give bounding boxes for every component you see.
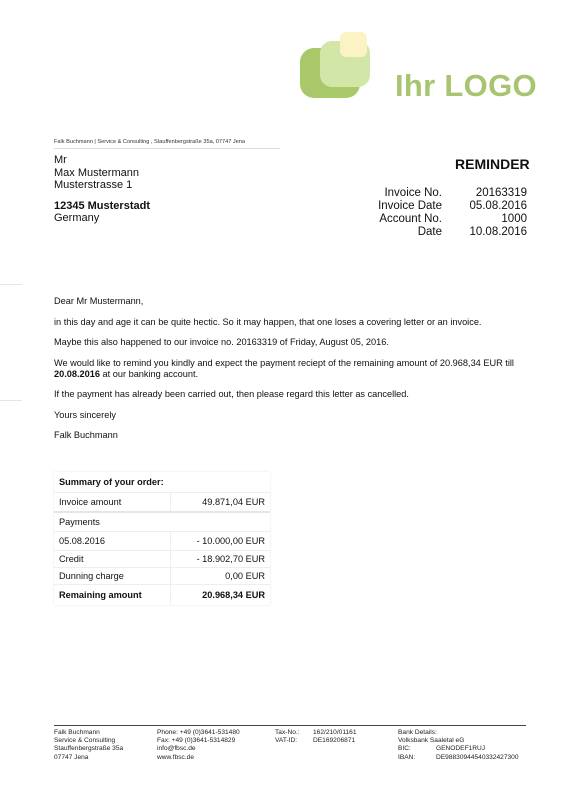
footer-text: 07747 Jena <box>54 754 123 762</box>
meta-row: Invoice Date 05.08.2016 <box>378 200 527 213</box>
summary-value: 0,00 EUR <box>171 568 270 585</box>
company-logo: Ihr LOGO <box>300 28 540 118</box>
summary-label: Credit <box>54 551 171 568</box>
summary-value: 49.871,04 EUR <box>171 493 270 513</box>
recipient-country: Germany <box>54 212 150 225</box>
bank-title: Bank Details: <box>398 729 519 737</box>
bic-value: GENODEF1RUJ <box>436 745 519 753</box>
recipient-name: Max Mustermann <box>54 167 150 180</box>
summary-label: Dunning charge <box>54 568 171 585</box>
meta-row: Date 10.08.2016 <box>378 226 527 239</box>
recipient-city: 12345 Musterstadt <box>54 200 150 213</box>
fold-mark <box>0 400 22 401</box>
footer-contact: Phone: +49 (0)3641-531480 Fax: +49 (0)36… <box>157 729 240 762</box>
vat-value: DE169206871 <box>313 737 357 745</box>
table-row: Dunning charge 0,00 EUR <box>54 568 270 585</box>
meta-label: Date <box>378 226 457 239</box>
recipient-salutation: Mr <box>54 154 150 167</box>
iban-value: DE98830944540332427300 <box>436 754 519 762</box>
footer-divider <box>54 725 526 726</box>
letter-greeting: Dear Mr Mustermann, <box>54 296 534 307</box>
meta-row: Invoice No. 20163319 <box>378 187 527 200</box>
logo-text: Ihr LOGO <box>395 68 537 104</box>
footer-text: Service & Consulting <box>54 737 123 745</box>
sender-line: Falk Buchmann | Service & Consulting , S… <box>54 139 280 149</box>
footer-tax: Tax-No.: 162/210/01161 VAT-ID: DE1692068… <box>275 729 357 745</box>
logo-square-pale <box>340 32 367 57</box>
table-row: Remaining amount 20.968,34 EUR <box>54 585 270 606</box>
meta-value: 10.08.2016 <box>457 226 527 239</box>
recipient-street: Musterstrasse 1 <box>54 179 150 192</box>
order-summary: Summary of your order: Invoice amount 49… <box>54 472 270 605</box>
meta-label: Account No. <box>378 213 457 226</box>
summary-label: Payments <box>54 512 270 532</box>
letter-paragraph: Maybe this also happened to our invoice … <box>54 337 534 348</box>
summary-title: Summary of your order: <box>54 472 270 493</box>
meta-value: 05.08.2016 <box>457 200 527 213</box>
summary-value: - 18.902,70 EUR <box>171 551 270 568</box>
meta-value: 20163319 <box>457 187 527 200</box>
recipient-address: Mr Max Mustermann Musterstrasse 1 12345 … <box>54 154 150 225</box>
invoice-meta: Invoice No. 20163319 Invoice Date 05.08.… <box>378 187 527 239</box>
tax-value: 162/210/01161 <box>313 729 357 737</box>
footer-phone: Phone: +49 (0)3641-531480 <box>157 729 240 737</box>
table-row: Invoice amount 49.871,04 EUR <box>54 493 270 513</box>
footer-company: Falk Buchmann Service & Consulting Stauf… <box>54 729 123 762</box>
footer-website[interactable]: www.fbsc.de <box>157 754 240 762</box>
summary-value: 20.968,34 EUR <box>171 585 270 606</box>
letter-paragraph: If the payment has already been carried … <box>54 389 534 400</box>
footer-bank: Bank Details: Volksbank Saaletal eG BIC:… <box>398 729 519 762</box>
letter-body: Dear Mr Mustermann, in this day and age … <box>54 296 534 451</box>
vat-label: VAT-ID: <box>275 737 313 745</box>
document-title: REMINDER <box>455 156 530 172</box>
tax-label: Tax-No.: <box>275 729 313 737</box>
meta-row: Account No. 1000 <box>378 213 527 226</box>
summary-header: Summary of your order: <box>54 472 270 493</box>
meta-label: Invoice No. <box>378 187 457 200</box>
summary-label: Remaining amount <box>54 585 171 606</box>
footer-text: Stauffenbergstraße 35a <box>54 745 123 753</box>
table-row: Payments <box>54 512 270 532</box>
summary-label: 05.08.2016 <box>54 532 171 551</box>
table-row: 05.08.2016 - 10.000,00 EUR <box>54 532 270 551</box>
letter-signature: Falk Buchmann <box>54 430 534 441</box>
letter-closing: Yours sincerely <box>54 410 534 421</box>
meta-label: Invoice Date <box>378 200 457 213</box>
summary-label: Invoice amount <box>54 493 171 513</box>
footer-email[interactable]: info@fbsc.de <box>157 745 240 753</box>
due-date: 20.08.2016 <box>54 369 100 379</box>
fold-mark <box>0 284 22 285</box>
letter-paragraph: in this day and age it can be quite hect… <box>54 317 534 328</box>
meta-value: 1000 <box>457 213 527 226</box>
summary-value: - 10.000,00 EUR <box>171 532 270 551</box>
footer-fax: Fax: +49 (0)3641-5314829 <box>157 737 240 745</box>
footer-text: Falk Buchmann <box>54 729 123 737</box>
table-row: Credit - 18.902,70 EUR <box>54 551 270 568</box>
bank-name: Volksbank Saaletal eG <box>398 737 519 745</box>
letter-paragraph: We would like to remind you kindly and e… <box>54 358 534 380</box>
bic-label: BIC: <box>398 745 436 753</box>
iban-label: IBAN: <box>398 754 436 762</box>
